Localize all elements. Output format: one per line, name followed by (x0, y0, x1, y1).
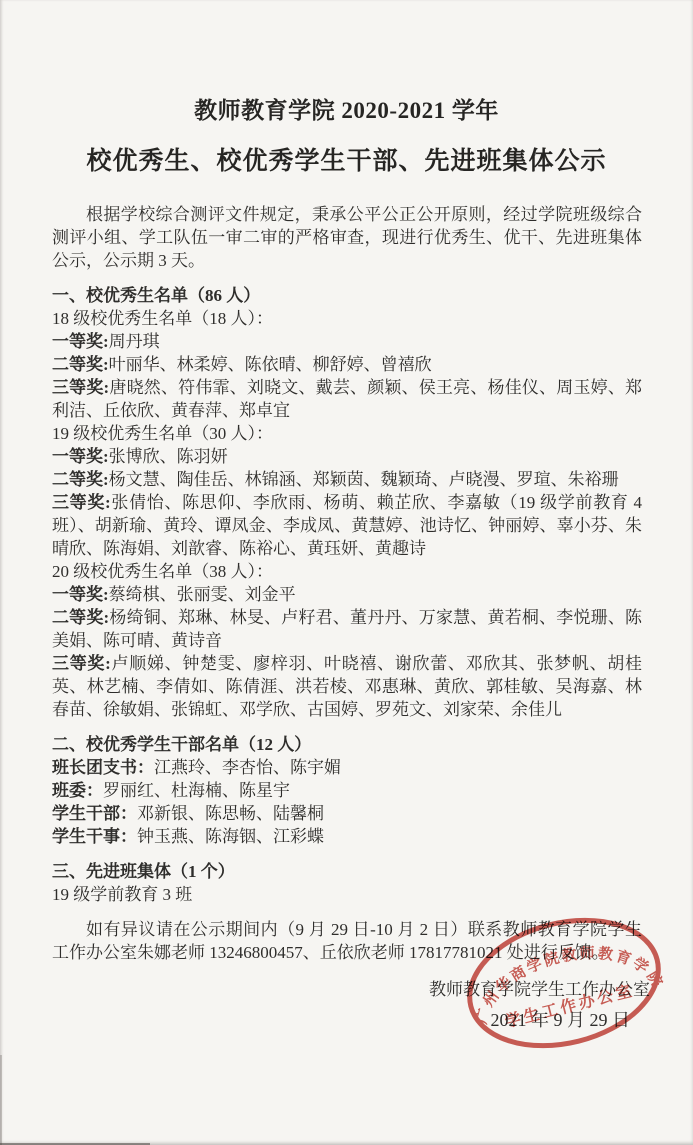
award-names: 罗丽红、杜海楠、陈星宇 (103, 781, 290, 800)
body-line: 18 级校优秀生名单（18 人）： (52, 307, 642, 330)
award-names: 邓新银、陈思畅、陆馨桐 (137, 804, 324, 823)
award-label: 班长团支书： (52, 758, 154, 777)
award-names: 张倩怡、陈思仰、李欣雨、杨萌、赖芷欣、李嘉敏（19 级学前教育 4 班）、胡新瑜… (52, 493, 642, 558)
award-label: 学生干部： (52, 804, 137, 823)
award-label: 一等奖: (52, 332, 109, 351)
signature-date: 2021 年 9 月 29 日 (0, 1008, 693, 1032)
document-title-line1: 教师教育学院 2020-2021 学年 (0, 92, 693, 125)
award-label: 二等奖: (52, 470, 109, 489)
award-label: 二等奖: (52, 355, 109, 374)
award-label: 班委： (52, 781, 103, 800)
award-names: 周丹琪 (109, 332, 160, 351)
award-names: 钟玉燕、陈海铟、江彩蝶 (137, 827, 324, 846)
award-line: 二等奖:叶丽华、林柔婷、陈依晴、柳舒婷、曾禧欣 (52, 353, 642, 376)
award-line: 班委：罗丽红、杜海楠、陈星宇 (52, 779, 642, 802)
body-paragraph: 根据学校综合测评文件规定，秉承公平公正公开原则，经过学院班级综合测评小组、学工队… (52, 203, 642, 272)
paragraph-gap (52, 848, 642, 860)
body-paragraph: 如有异议请在公示期间内（9 月 29 日-10 月 2 日）联系教师教育学院学生… (52, 918, 642, 964)
award-line: 学生干部：邓新银、陈思畅、陆馨桐 (52, 802, 642, 825)
award-label: 三等奖: (52, 654, 111, 673)
body-line: 19 级校优秀生名单（30 人）： (52, 422, 642, 445)
award-names: 卢顺娣、钟楚雯、廖梓羽、叶晓禧、谢欣蕾、邓欣其、张梦帆、胡桂英、林艺楠、李倩如、… (52, 654, 642, 719)
award-label: 一等奖: (52, 585, 109, 604)
award-line: 一等奖:张博欣、陈羽妍 (52, 445, 642, 468)
section-heading: 三、先进班集体（1 个） (52, 860, 642, 883)
award-line: 学生干事：钟玉燕、陈海铟、江彩蝶 (52, 825, 642, 848)
award-label: 一等奖: (52, 447, 109, 466)
award-line: 二等奖:杨文慧、陶佳岳、林锦涵、郑颖茵、魏颖琦、卢晓漫、罗瑄、朱裕珊 (52, 468, 642, 491)
award-names: 蔡绮棋、张丽雯、刘金平 (109, 585, 296, 604)
paragraph-gap (52, 272, 642, 284)
paragraph-gap (52, 721, 642, 733)
award-label: 三等奖: (52, 493, 111, 512)
scan-edge-artifact-left (0, 1055, 2, 1145)
document-body: 根据学校综合测评文件规定，秉承公平公正公开原则，经过学院班级综合测评小组、学工队… (0, 203, 693, 964)
award-names: 张博欣、陈羽妍 (109, 447, 228, 466)
signature-block: 教师教育学院学生工作办公室 2021 年 9 月 29 日 (0, 978, 693, 1032)
award-label: 学生干事： (52, 827, 137, 846)
award-line: 一等奖:蔡绮棋、张丽雯、刘金平 (52, 583, 642, 606)
award-line: 三等奖:张倩怡、陈思仰、李欣雨、杨萌、赖芷欣、李嘉敏（19 级学前教育 4 班）… (52, 491, 642, 560)
document-page: 教师教育学院 2020-2021 学年 校优秀生、校优秀学生干部、先进班集体公示… (0, 0, 693, 1145)
award-names: 江燕玲、李杏怡、陈宇媚 (154, 758, 341, 777)
award-names: 叶丽华、林柔婷、陈依晴、柳舒婷、曾禧欣 (109, 355, 432, 374)
body-line: 20 级校优秀生名单（38 人）： (52, 560, 642, 583)
document-title-line2: 校优秀生、校优秀学生干部、先进班集体公示 (0, 141, 693, 177)
award-names: 唐晓然、符伟霏、刘晓文、戴芸、颜颖、侯王亮、杨佳仪、周玉婷、郑利洁、丘依欣、黄春… (52, 378, 642, 420)
body-line: 19 级学前教育 3 班 (52, 883, 642, 906)
section-heading: 二、校优秀学生干部名单（12 人） (52, 733, 642, 756)
award-label: 二等奖: (52, 608, 109, 627)
award-line: 三等奖:唐晓然、符伟霏、刘晓文、戴芸、颜颖、侯王亮、杨佳仪、周玉婷、郑利洁、丘依… (52, 376, 642, 422)
section-heading: 一、校优秀生名单（86 人） (52, 284, 642, 307)
paragraph-gap (52, 906, 642, 918)
award-line: 三等奖:卢顺娣、钟楚雯、廖梓羽、叶晓禧、谢欣蕾、邓欣其、张梦帆、胡桂英、林艺楠、… (52, 652, 642, 721)
document-header: 教师教育学院 2020-2021 学年 校优秀生、校优秀学生干部、先进班集体公示 (0, 0, 693, 177)
award-line: 二等奖:杨绮铜、郑琳、林旻、卢籽君、董丹丹、万家慧、黄若桐、李悦珊、陈美娟、陈可… (52, 606, 642, 652)
award-line: 一等奖:周丹琪 (52, 330, 642, 353)
award-names: 杨绮铜、郑琳、林旻、卢籽君、董丹丹、万家慧、黄若桐、李悦珊、陈美娟、陈可晴、黄诗… (52, 608, 642, 650)
signature-office: 教师教育学院学生工作办公室 (0, 978, 693, 1002)
award-names: 杨文慧、陶佳岳、林锦涵、郑颖茵、魏颖琦、卢晓漫、罗瑄、朱裕珊 (109, 470, 619, 489)
award-line: 班长团支书：江燕玲、李杏怡、陈宇媚 (52, 756, 642, 779)
award-label: 三等奖: (52, 378, 109, 397)
